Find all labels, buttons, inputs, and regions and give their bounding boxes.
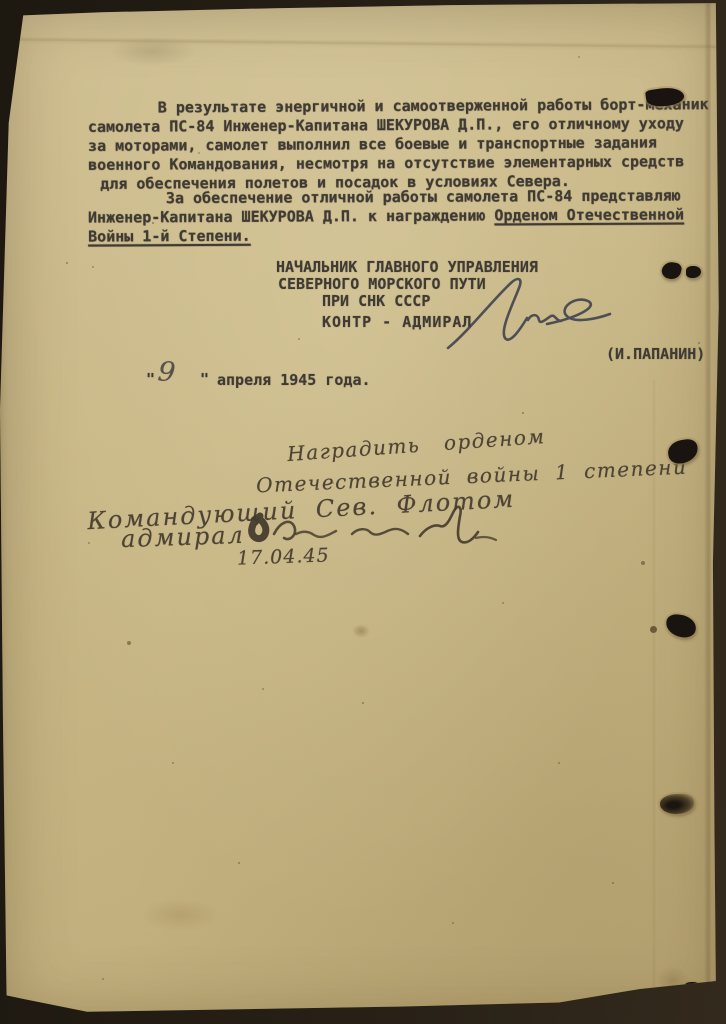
paper-stain — [656, 966, 690, 996]
burn-hole — [660, 260, 683, 281]
citation-paragraph-1: В результате энергичной и самоотверженно… — [88, 95, 709, 194]
paragraph-line: Инженер-Капитана ШЕКУРОВА Д.П. к награжд… — [88, 205, 684, 227]
scanned-document-photo: В результате энергичной и самоотверженно… — [0, 0, 726, 1024]
paper-speckles — [0, 0, 2, 2]
ink-blot — [352, 624, 370, 638]
award-name-underlined: Орденом Отечественной — [494, 205, 684, 224]
paragraph-text: Инженер-Капитана ШЕКУРОВА Д.П. к награжд… — [88, 206, 494, 226]
burn-hole — [686, 266, 701, 278]
burn-hole — [682, 982, 701, 999]
burn-mark — [650, 626, 657, 633]
signer-name: (И.ПАПАНИН) — [606, 345, 705, 363]
citation-paragraph-2: За обеспечение отличной работы самолета … — [88, 186, 684, 246]
burn-hole — [665, 613, 698, 639]
paragraph-line: военного Командования, несмотря на отсут… — [88, 152, 709, 175]
paper-stain — [140, 898, 220, 932]
pencil-smudge — [108, 36, 198, 66]
date-close-quote: " — [200, 370, 209, 388]
signer-rank: КОНТР - АДМИРАЛ — [322, 313, 472, 331]
signer-title-line: НАЧАЛЬНИК ГЛАВНОГО УПРАВЛЕНИЯ — [276, 258, 538, 276]
signer-title-line: ПРИ СНК СССР — [322, 292, 430, 310]
date-open-quote: " — [146, 370, 155, 388]
resolution-line-1: Наградить орденом — [286, 424, 546, 466]
burn-hole — [666, 438, 700, 466]
paragraph-line: Войны 1-й Степени. — [88, 224, 684, 246]
date-text: апреля 1945 года. — [217, 371, 371, 389]
handwritten-day: 9 — [156, 356, 176, 389]
fold-crease-horizontal — [0, 36, 726, 52]
resolution-rank: адмирал — [121, 521, 246, 553]
resolution-date: 17.04.45 — [237, 544, 330, 569]
paper-sheet: В результате энергичной и самоотверженно… — [0, 0, 726, 1024]
paper-tear — [659, 793, 694, 815]
award-name-underlined: Войны 1-й Степени. — [88, 227, 251, 246]
signer-title-line: СЕВЕРНОГО МОРСКОГО ПУТИ — [278, 275, 486, 293]
